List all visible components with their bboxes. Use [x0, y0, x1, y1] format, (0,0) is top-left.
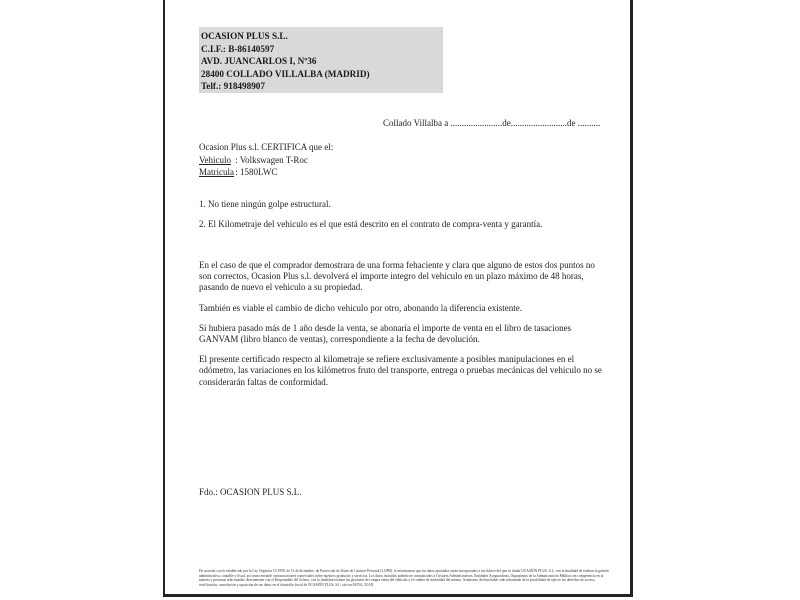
signature-line: Fdo.: OCASION PLUS S.L. — [199, 487, 302, 497]
point-2: 2. El Kilometraje del vehiculo es el que… — [199, 219, 542, 229]
paragraph-exchange: También es viable el cambio de dicho veh… — [199, 303, 609, 314]
certification-intro: Ocasion Plus s.l. CERTIFICA que el: — [199, 141, 333, 154]
vehicle-value: : Volkswagen T-Roc — [235, 155, 308, 165]
point-1: 1. No tiene ningún golpe estructural. — [199, 199, 542, 209]
document-page: OCASION PLUS S.L. C.I.F.: B-86140597 AVD… — [163, 0, 633, 597]
company-phone: Telf.: 918498907 — [201, 80, 441, 93]
plate-label: Matricula — [199, 166, 233, 179]
company-city: 28400 COLLADO VILLALBA (MADRID) — [201, 68, 441, 81]
certified-points: 1. No tiene ningún golpe estructural. 2.… — [199, 199, 542, 239]
company-name: OCASION PLUS S.L. — [201, 30, 441, 43]
company-address: AVD. JUANCARLOS I, Nº36 — [201, 55, 441, 68]
conditions-text: En el caso de que el comprador demostrar… — [199, 260, 609, 397]
paragraph-ganvam: Si hubiera pasado más de 1 año desde la … — [199, 323, 609, 345]
paragraph-odometer: El presente certificado respecto al kilo… — [199, 354, 609, 388]
vehicle-row: Vehiculo : Volkswagen T-Roc — [199, 154, 333, 167]
plate-value: : 1580LWC — [235, 167, 277, 177]
company-header: OCASION PLUS S.L. C.I.F.: B-86140597 AVD… — [199, 27, 443, 93]
certification-block: Ocasion Plus s.l. CERTIFICA que el: Vehi… — [199, 141, 333, 179]
plate-row: Matricula : 1580LWC — [199, 166, 333, 179]
company-cif: C.I.F.: B-86140597 — [201, 43, 441, 56]
vehicle-label: Vehiculo — [199, 154, 233, 167]
legal-notice: De acuerdo con lo establecido por la Ley… — [199, 569, 609, 587]
date-line: Collado Villalba a .....................… — [383, 118, 600, 128]
paragraph-refund: En el caso de que el comprador demostrar… — [199, 260, 609, 294]
